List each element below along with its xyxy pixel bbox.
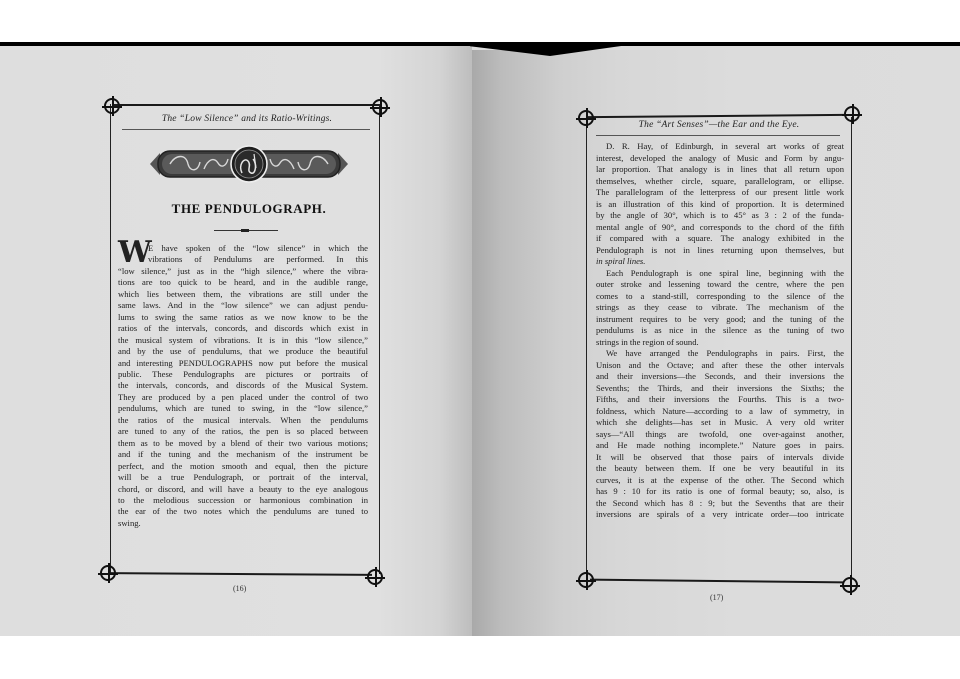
text-line: same laws. And in the “low silence” we c… bbox=[118, 300, 368, 311]
text-line: the ratios of the musical intervals. Whe… bbox=[118, 415, 368, 426]
corner-ornament-icon bbox=[578, 572, 594, 588]
headpiece-ornament-icon bbox=[146, 143, 352, 185]
text-line: swing. bbox=[118, 518, 368, 529]
text-line: They are produced by a pen placed under … bbox=[118, 392, 368, 403]
text-line: tions are too quick to be heard, and in … bbox=[118, 277, 368, 288]
text-line: Unison and the Octave; and after these t… bbox=[596, 360, 844, 372]
text-line: chord, or discord, and will have a beaut… bbox=[118, 484, 368, 495]
text-line: curves, it is at the expense of the othe… bbox=[596, 475, 844, 487]
text-line: are tuned to any of the ratios, the pen … bbox=[118, 426, 368, 437]
text-line: which lies between them, the vibrations … bbox=[118, 289, 368, 300]
text-line: E have spoken of the “low silence” in wh… bbox=[148, 243, 368, 254]
text-line: lums to swing the same ratios as we now … bbox=[118, 312, 368, 323]
text-line: and by the use of pendulums, that we pro… bbox=[118, 346, 368, 357]
text-line: D. R. Hay, of Edinburgh, in several art … bbox=[596, 141, 844, 153]
left-page-body: E have spoken of the “low silence” in wh… bbox=[118, 243, 368, 529]
text-line: them as to be moved by a blend of their … bbox=[118, 438, 368, 449]
text-line: which she delights—has set in Music. A v… bbox=[596, 417, 844, 429]
text-line: the Second which has 8 : 9; but the Seve… bbox=[596, 498, 844, 510]
corner-ornament-icon bbox=[100, 565, 116, 581]
text-line: instrument requires to be very good; and… bbox=[596, 314, 844, 326]
text-line: perfect, and the motion smooth and equal… bbox=[118, 461, 368, 472]
text-line: vibrations of Pendulums are performed. I… bbox=[148, 254, 368, 265]
text-line: strings in the region of sound. bbox=[596, 337, 844, 349]
corner-ornament-icon bbox=[104, 98, 120, 114]
head-rule bbox=[596, 135, 840, 136]
page-number-left: (16) bbox=[233, 584, 246, 593]
text-line: and their inversions—the Seconds, and th… bbox=[596, 371, 844, 383]
text-line: It will be observed that those pairs of … bbox=[596, 452, 844, 464]
text-line: the musical system of vibrations. It is … bbox=[118, 335, 368, 346]
text-line: is an illustration of this kind of propo… bbox=[596, 199, 844, 211]
text-line: foldness, which Nature—according to a la… bbox=[596, 406, 844, 418]
text-line: the intervals, concords, and discords of… bbox=[118, 380, 368, 391]
text-line: comes to a stand-still, corresponding to… bbox=[596, 291, 844, 303]
corner-ornament-icon bbox=[372, 99, 388, 115]
head-rule bbox=[122, 129, 370, 130]
text-line: in spiral lines. bbox=[596, 256, 844, 268]
text-line: lar proportion. That analogy is in lines… bbox=[596, 164, 844, 176]
text-line: by the angle of 30°, which is to 45° as … bbox=[596, 210, 844, 222]
page-number-right: (17) bbox=[710, 593, 723, 602]
text-line: mental angle of 90°, and corresponds to … bbox=[596, 222, 844, 234]
text-line: and He made nothing incomplete.” Nature … bbox=[596, 440, 844, 452]
text-line: Sevenths; the Thirds, and their inversio… bbox=[596, 383, 844, 395]
text-line: public. These Pendulographs are pictures… bbox=[118, 369, 368, 380]
text-line: We have arranged the Pendulographs in pa… bbox=[596, 348, 844, 360]
text-line: inversions are spirals of a very intrica… bbox=[596, 509, 844, 521]
chapter-title: THE PENDULOGRAPH. bbox=[118, 201, 380, 217]
text-line: ratios of the intervals, concords, and d… bbox=[118, 323, 368, 334]
text-line: pendulums is as nice in the silence as t… bbox=[596, 325, 844, 337]
text-line: interest, developed the analogy of Music… bbox=[596, 153, 844, 165]
corner-ornament-icon bbox=[844, 106, 860, 122]
text-line: the ear of the two notes which the pendu… bbox=[118, 506, 368, 517]
text-line: and interesting PENDULOGRAPHS now put be… bbox=[118, 358, 368, 369]
text-line: Fifths, and their inversions the Fourths… bbox=[596, 394, 844, 406]
text-line: “low silence,” just as in the “high sile… bbox=[118, 266, 368, 277]
text-line: Each Pendulograph is one spiral line, be… bbox=[596, 268, 844, 280]
running-head-left: The “Low Silence” and its Ratio-Writings… bbox=[116, 114, 378, 124]
right-page-body: D. R. Hay, of Edinburgh, in several art … bbox=[596, 141, 844, 521]
title-divider-ornament bbox=[241, 229, 249, 232]
text-line: the beauty between them. If one be very … bbox=[596, 463, 844, 475]
corner-ornament-icon bbox=[367, 569, 383, 585]
corner-ornament-icon bbox=[842, 577, 858, 593]
text-line: to the melodious succession or harmoniou… bbox=[118, 495, 368, 506]
text-line: and if the tuning and the mechanism of t… bbox=[118, 449, 368, 460]
corner-ornament-icon bbox=[578, 110, 594, 126]
text-line: themselves, whether circle, square, para… bbox=[596, 176, 844, 188]
text-line: outer stroke and lessening toward the ce… bbox=[596, 279, 844, 291]
text-line: says—“All things are twofold, one over-a… bbox=[596, 429, 844, 441]
text-line: will be a true Pendulograph, or portrait… bbox=[118, 472, 368, 483]
text-line: strings as they cease to vibrate. The me… bbox=[596, 302, 844, 314]
text-line: has 9 : 10 for its ratio is one of forma… bbox=[596, 486, 844, 498]
text-line: if compared with a square. The analogy e… bbox=[596, 233, 844, 245]
text-line: The parallelogram of the letterpress of … bbox=[596, 187, 844, 199]
text-line: Pendulograph is not in lines returning u… bbox=[596, 245, 844, 257]
text-line: pendulums, which are tuned to swing, in … bbox=[118, 403, 368, 414]
running-head-right: The “Art Senses”—the Ear and the Eye. bbox=[594, 120, 844, 130]
